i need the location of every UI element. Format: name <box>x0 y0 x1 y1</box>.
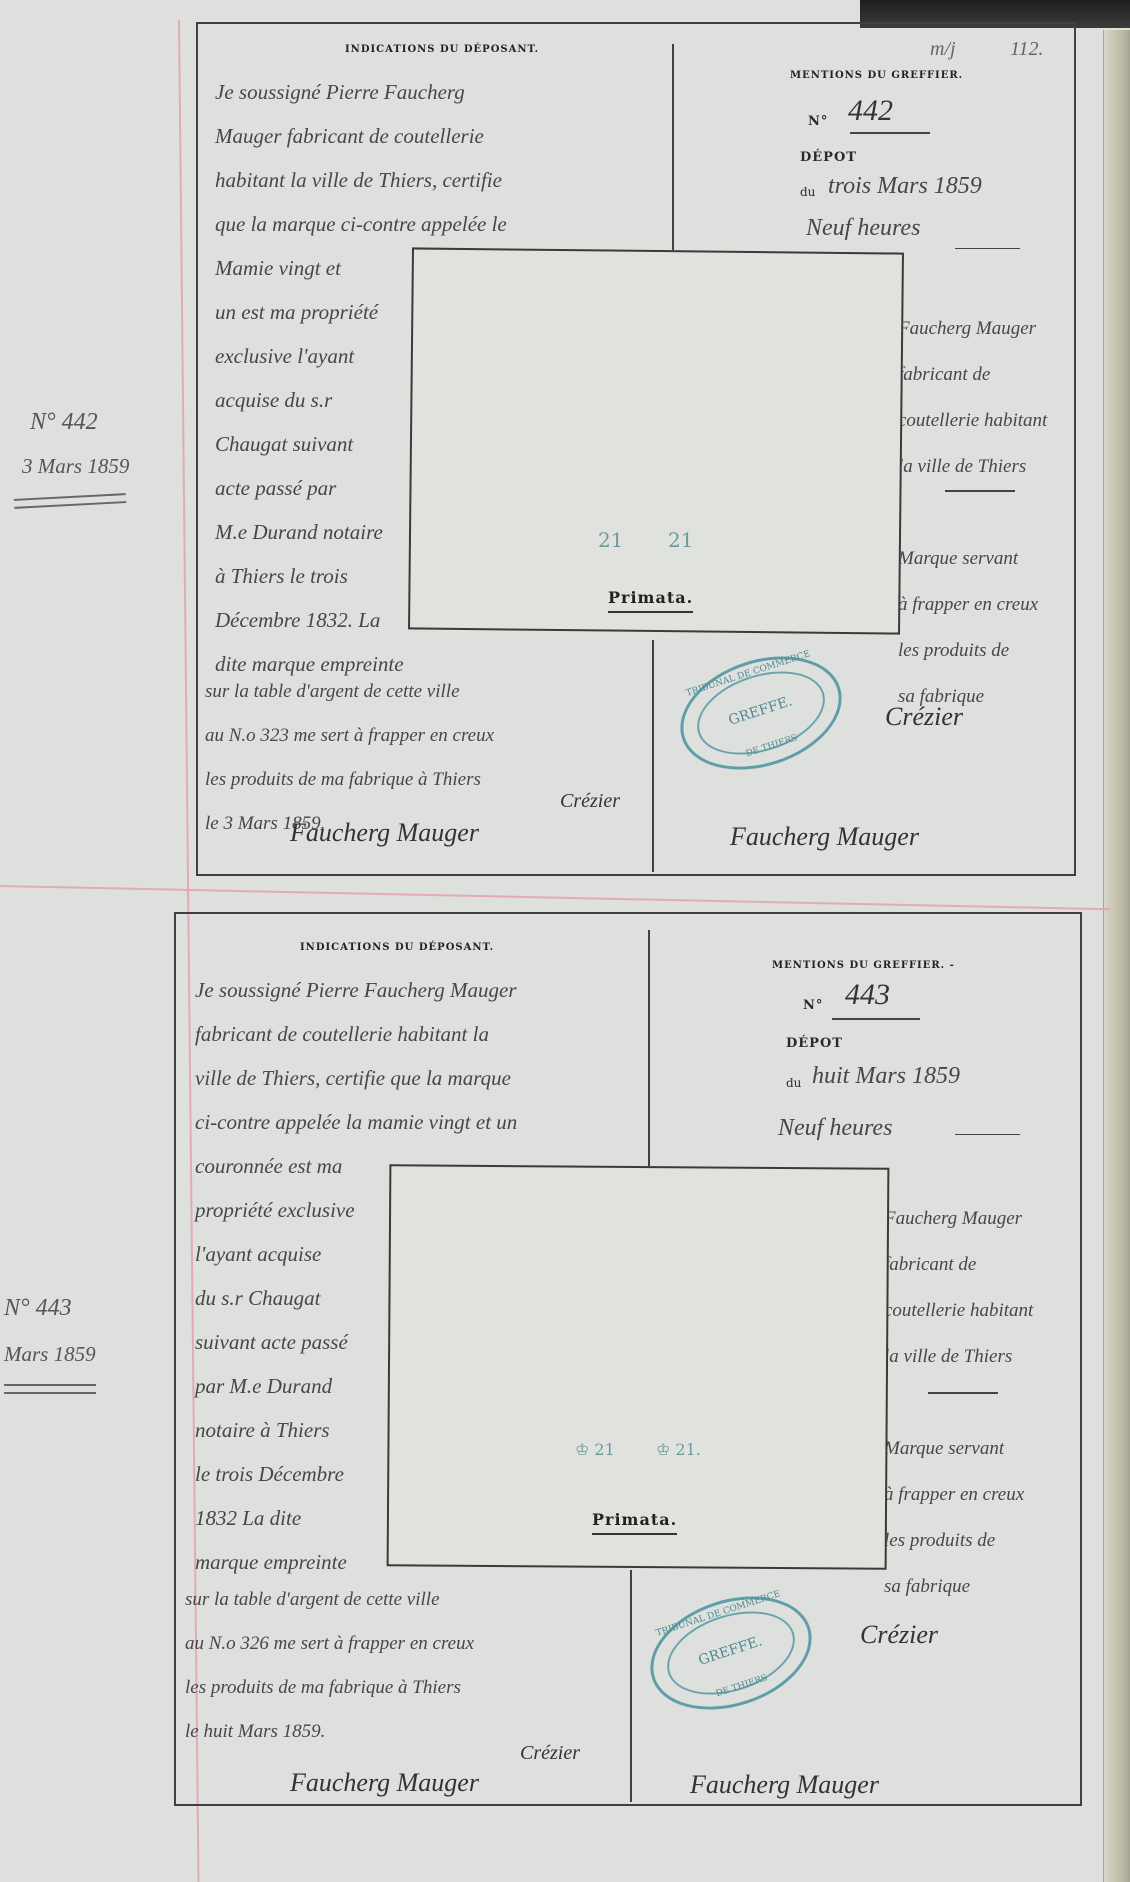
entry-number: 443 <box>845 978 890 1012</box>
depot-date: trois Mars 1859 <box>828 164 982 208</box>
depot-label: DÉPOT <box>800 150 857 165</box>
depositor-text-block-lower: sur la table d'argent de cette ville au … <box>185 1578 474 1754</box>
column-divider <box>648 930 650 1170</box>
margin-note-date: 3 Mars 1859 <box>22 446 129 486</box>
number-label: N° <box>808 114 828 129</box>
margin-double-rule <box>4 1384 96 1394</box>
du-label: du <box>800 185 815 199</box>
mark-number-right: 21 <box>668 528 693 552</box>
margin-double-rule <box>14 493 126 509</box>
number-label: N° <box>803 998 823 1013</box>
depositor-clerk-signature: Crézier <box>560 790 620 813</box>
time-dash <box>955 1134 1020 1135</box>
du-label: du <box>786 1076 801 1090</box>
depositor-header: INDICATIONS DU DÉPOSANT. <box>300 942 494 953</box>
depositor-clerk-signature: Crézier <box>520 1742 580 1765</box>
register-page: m/j 112. N° 442 3 Mars 1859 INDICATIONS … <box>0 0 1130 1882</box>
notes-separator <box>945 490 1015 492</box>
clerk-signature: Crézier <box>885 702 963 732</box>
column-divider <box>672 44 674 254</box>
notes-separator <box>928 1392 998 1394</box>
depositor-signature: Faucherg Mauger <box>290 1768 479 1798</box>
number-underline <box>832 1018 920 1020</box>
depot-time: Neuf heures <box>778 1106 892 1150</box>
entry-number: 442 <box>848 94 893 128</box>
margin-note-number: N° 442 <box>30 402 98 442</box>
mark-name: Primata. <box>592 1510 677 1535</box>
trademark-box <box>387 1164 890 1569</box>
clerk-depositor-signature: Faucherg Mauger <box>730 822 919 852</box>
entry-separator-rule <box>0 885 1110 910</box>
time-dash <box>955 248 1020 249</box>
depot-time: Neuf heures <box>806 206 920 250</box>
clerk-header: MENTIONS DU GREFFIER. <box>790 70 963 81</box>
mark-name: Primata. <box>608 588 693 613</box>
page-edges <box>1103 30 1130 1882</box>
column-divider-lower <box>630 1570 632 1802</box>
depositor-header: INDICATIONS DU DÉPOSANT. <box>345 44 539 55</box>
mark-number-left: 21 <box>598 528 623 552</box>
number-underline <box>850 132 930 134</box>
clerk-signature: Crézier <box>860 1620 938 1650</box>
column-divider-lower <box>652 640 654 872</box>
clerk-notes: Faucherg Mauger fabricant de coutellerie… <box>884 1196 1033 1610</box>
trademark-box <box>408 247 904 634</box>
depot-date: huit Mars 1859 <box>812 1054 960 1098</box>
depot-label: DÉPOT <box>786 1036 843 1051</box>
margin-note-date: Mars 1859 <box>4 1334 96 1374</box>
clerk-depositor-signature: Faucherg Mauger <box>690 1770 879 1800</box>
margin-note-number: N° 443 <box>4 1288 72 1328</box>
clerk-notes: Faucherg Mauger fabricant de coutellerie… <box>898 306 1047 720</box>
mark-number-left: ♔ 21 <box>575 1440 615 1459</box>
depositor-signature: Faucherg Mauger <box>290 818 479 848</box>
mark-number-right: ♔ 21. <box>656 1440 701 1459</box>
clerk-header: MENTIONS DU GREFFIER. - <box>772 960 955 971</box>
